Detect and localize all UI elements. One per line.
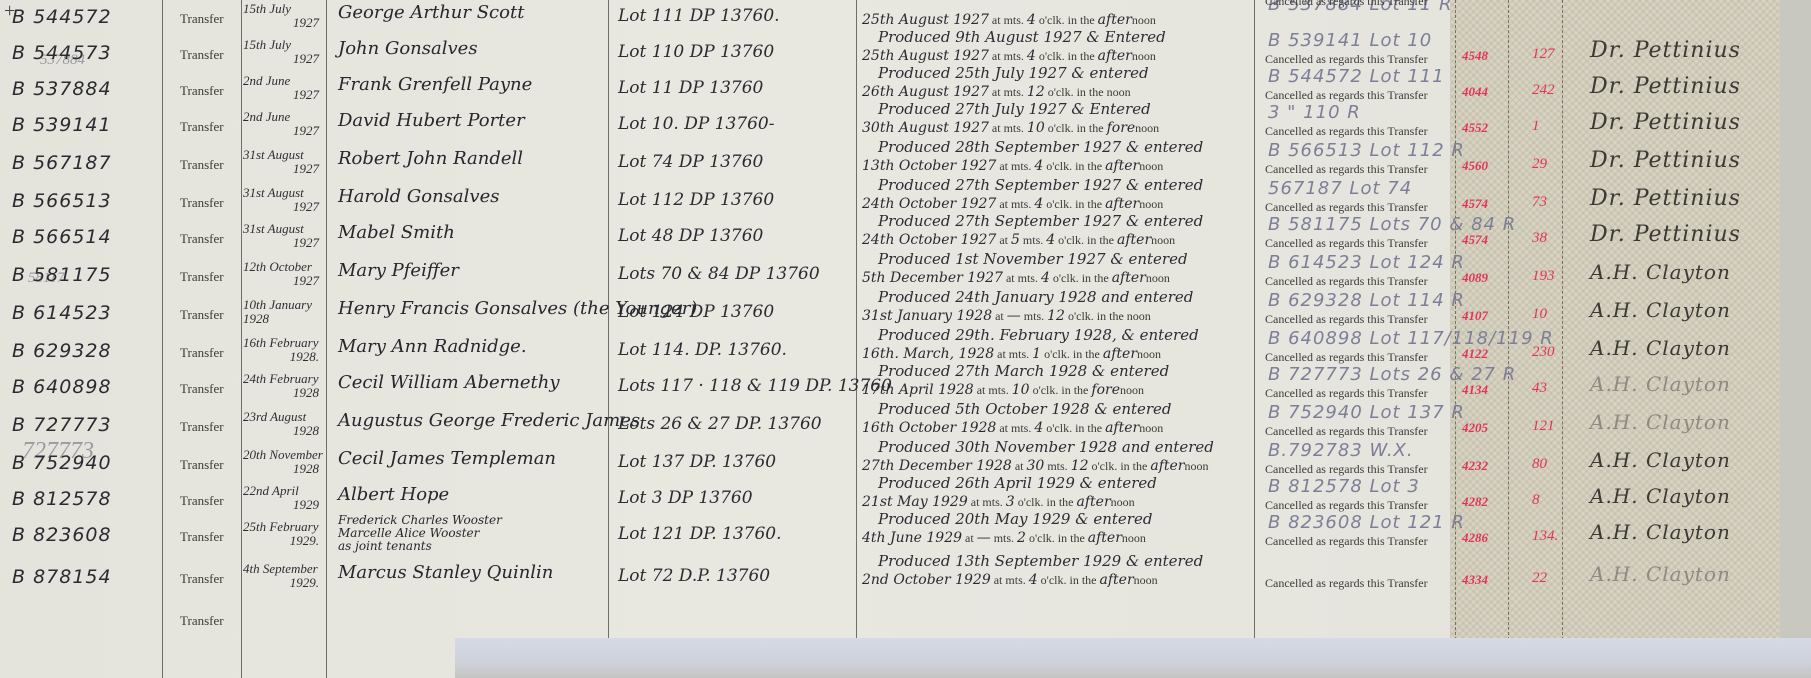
produced-note: Produced 28th September 1927 & entered — [878, 138, 1203, 156]
cancelled-label: Cancelled as regards this Transfer — [1265, 274, 1428, 289]
cancellation-pencil-note: B 823608 Lot 121 R — [1268, 512, 1465, 533]
cancelled-label: Cancelled as regards this Transfer — [1265, 200, 1428, 215]
registration-time: 25th August 1927 at mts. 4 o'clk. in the… — [862, 12, 1242, 28]
instrument-type: Transfer — [180, 613, 224, 629]
cancellation-pencil-note: B 614523 Lot 124 R — [1268, 252, 1465, 273]
instrument-type: Transfer — [180, 493, 224, 509]
lot-description: Lot 112 DP 13760 — [618, 190, 774, 210]
registration-time: 5th December 1927 at mts. 4 o'clk. in th… — [862, 270, 1242, 286]
instrument-date: 12th October1927 — [243, 260, 325, 288]
cancelled-label: Cancelled as regards this Transfer — [1265, 386, 1428, 401]
produced-note: Produced 27th September 1927 & entered — [878, 176, 1203, 194]
red-folio-number: 4089 — [1462, 270, 1488, 286]
certificate-number: B 539141 — [12, 114, 112, 136]
registration-time: 25th August 1927 at mts. 4 o'clk. in the… — [862, 48, 1242, 64]
red-folio-number: 4205 — [1462, 420, 1488, 436]
registrar-signature: A.H. Clayton — [1590, 562, 1731, 586]
lot-description: Lot 48 DP 13760 — [618, 226, 763, 246]
certificate-number: B 614523 — [12, 302, 112, 324]
instrument-date: 24th February1928 — [243, 372, 325, 400]
instrument-type: Transfer — [180, 529, 224, 545]
certificate-number: B 537884 — [12, 78, 112, 100]
transferee-name: Mary Pfeiffer — [338, 262, 459, 280]
red-folio-number: 4232 — [1462, 458, 1488, 474]
red-folio-number: 4552 — [1462, 120, 1488, 136]
certificate-number: B 812578 — [12, 488, 112, 510]
produced-note: Produced 27th September 1927 & entered — [878, 212, 1203, 230]
certificate-number: B 567187 — [12, 152, 112, 174]
instrument-type: Transfer — [180, 231, 224, 247]
instrument-date: 4th September1929. — [243, 562, 325, 590]
red-entry-number: 127 — [1532, 46, 1555, 63]
red-entry-number: 8 — [1532, 492, 1540, 509]
red-entry-number: 38 — [1532, 230, 1547, 247]
registrar-signature: Dr. Pettinius — [1590, 110, 1741, 135]
cancelled-label: Cancelled as regards this Transfer — [1265, 534, 1428, 549]
registration-time: 21st May 1929 at mts. 3 o'clk. in the af… — [862, 494, 1242, 510]
red-folio-number: 4134 — [1462, 382, 1488, 398]
red-entry-number: 1 — [1532, 118, 1540, 135]
registrar-signature: Dr. Pettinius — [1590, 148, 1741, 173]
produced-note: Produced 24th January 1928 and entered — [878, 288, 1193, 306]
register-entry: B 823608 Transfer 25th February1929. Fre… — [0, 518, 1811, 554]
instrument-date: 31st August1927 — [243, 148, 325, 176]
registrar-signature: A.H. Clayton — [1590, 484, 1731, 508]
cancelled-label: Cancelled as regards this Transfer — [1265, 350, 1428, 365]
cancelled-label: Cancelled as regards this Transfer — [1265, 576, 1428, 591]
registrar-signature: Dr. Pettinius — [1590, 74, 1741, 99]
registration-time: 2nd October 1929 at mts. 4 o'clk. in the… — [862, 572, 1242, 588]
produced-note: Produced 9th August 1927 & Entered — [878, 28, 1166, 46]
produced-note: Produced 29th. February 1928, & entered — [878, 326, 1199, 344]
instrument-date: 2nd June1927 — [243, 110, 325, 138]
lot-description: Lot 114. DP. 13760. — [618, 340, 787, 360]
cancellation-pencil-note: B 640898 Lot 117/118/119 R — [1268, 328, 1554, 349]
registration-time: 17th April 1928 at mts. 10 o'clk. in the… — [862, 382, 1242, 398]
register-entry: B 878154 Transfer 4th September1929. Mar… — [0, 560, 1811, 596]
cancellation-pencil-note: B 544572 Lot 111 — [1268, 66, 1445, 87]
produced-note: Produced 1st November 1927 & entered — [878, 250, 1188, 268]
cancelled-label: Cancelled as regards this Transfer — [1265, 162, 1428, 177]
registrar-signature: Dr. Pettinius — [1590, 38, 1741, 63]
red-folio-number: 4334 — [1462, 572, 1488, 588]
red-folio-number: 4286 — [1462, 530, 1488, 546]
lot-description: Lot 110 DP 13760 — [618, 42, 774, 62]
red-entry-number: 80 — [1532, 456, 1547, 473]
red-entry-number: 10 — [1532, 306, 1547, 323]
transferee-name: Frederick Charles Wooster Marcelle Alice… — [338, 514, 502, 553]
red-entry-number: 193 — [1532, 268, 1555, 285]
transferee-name: Frank Grenfell Payne — [338, 76, 532, 94]
produced-note: Produced 13th September 1929 & entered — [878, 552, 1203, 570]
red-entry-number: 43 — [1532, 380, 1547, 397]
lot-description: Lot 3 DP 13760 — [618, 488, 753, 508]
certificate-number: B 640898 — [12, 376, 112, 398]
transferee-name: Harold Gonsalves — [338, 188, 499, 206]
registrar-signature: A.H. Clayton — [1590, 260, 1731, 284]
registrar-signature: A.H. Clayton — [1590, 410, 1731, 434]
registration-time: 24th October 1927 at 5 mts. 4 o'clk. in … — [862, 232, 1242, 248]
instrument-date: 10th January 1928 — [243, 298, 325, 326]
registration-time: 26th August 1927 at mts. 12 o'clk. in th… — [862, 84, 1242, 100]
cancellation-pencil-note: B.792783 W.X. — [1268, 440, 1414, 461]
red-entry-number: 22 — [1532, 570, 1547, 587]
transferee-name: Robert John Randell — [338, 150, 523, 168]
transferee-name: Mary Ann Radnidge. — [338, 338, 527, 356]
registrar-signature: A.H. Clayton — [1590, 298, 1731, 322]
instrument-date: 25th February1929. — [243, 520, 325, 548]
red-folio-number: 4122 — [1462, 346, 1488, 362]
red-folio-number: 4560 — [1462, 158, 1488, 174]
cancellation-pencil-note: B 566513 Lot 112 R — [1268, 140, 1465, 161]
instrument-date: 20th November1928 — [243, 448, 325, 476]
instrument-date: 2nd June1927 — [243, 74, 325, 102]
registration-time: 30th August 1927 at mts. 10 o'clk. in th… — [862, 120, 1242, 136]
red-folio-number: 4044 — [1462, 84, 1488, 100]
instrument-type: Transfer — [180, 571, 224, 587]
lot-description: Lot 121 DP. 13760. — [618, 524, 782, 544]
instrument-type: Transfer — [180, 345, 224, 361]
certificate-number: B 566513 — [12, 190, 112, 212]
instrument-type: Transfer — [180, 381, 224, 397]
transferee-name: Mabel Smith — [338, 224, 455, 242]
red-folio-number: 4574 — [1462, 196, 1488, 212]
instrument-date: 22nd April1929 — [243, 484, 325, 512]
cancelled-label: Cancelled as regards this Transfer — [1265, 462, 1428, 477]
registration-time: 24th October 1927 at mts. 4 o'clk. in th… — [862, 196, 1242, 212]
instrument-date: 31st August1927 — [243, 186, 325, 214]
registrar-signature: A.H. Clayton — [1590, 372, 1731, 396]
registrar-signature: A.H. Clayton — [1590, 448, 1731, 472]
certificate-number: B 752940 — [12, 452, 112, 474]
instrument-type: Transfer — [180, 47, 224, 63]
transferee-name: Cecil James Templeman — [338, 450, 556, 468]
instrument-type: Transfer — [180, 83, 224, 99]
lot-description: Lot 111 DP 13760. — [618, 6, 780, 26]
instrument-date: 23rd August1928 — [243, 410, 325, 438]
cancelled-label: Cancelled as regards this Transfer — [1265, 88, 1428, 103]
transferee-name: John Gonsalves — [338, 40, 478, 58]
registration-time: 27th December 1928 at 30 mts. 12 o'clk. … — [862, 458, 1242, 474]
instrument-type: Transfer — [180, 307, 224, 323]
register-entry: Transfer at mts. o'clk. in the noon Canc… — [0, 602, 1811, 638]
lot-description: Lot 74 DP 13760 — [618, 152, 763, 172]
lot-description: Lot 72 D.P. 13760 — [618, 566, 770, 586]
transferee-name: Marcus Stanley Quinlin — [338, 564, 553, 582]
certificate-number: B 727773 — [12, 414, 112, 436]
scan-overlay-strip — [455, 638, 1811, 678]
lot-description: Lots 26 & 27 DP. 13760 — [618, 414, 822, 434]
produced-note: Produced 30th November 1928 and entered — [878, 438, 1214, 456]
lot-description: Lot 137 DP. 13760 — [618, 452, 776, 472]
produced-note: Produced 26th April 1929 & entered — [878, 474, 1157, 492]
red-entry-number: 242 — [1532, 82, 1555, 99]
instrument-date: 15th July1927 — [243, 2, 325, 30]
registrar-signature: A.H. Clayton — [1590, 520, 1731, 544]
registration-time: 31st January 1928 at — mts. 12 o'clk. in… — [862, 308, 1242, 324]
cancellation-pencil-note: B 539141 Lot 10 — [1268, 30, 1432, 51]
registration-time: 16th October 1928 at mts. 4 o'clk. in th… — [862, 420, 1242, 436]
cancellation-pencil-note: 3 " 110 R — [1268, 102, 1361, 123]
red-folio-number: 4548 — [1462, 48, 1488, 64]
instrument-type: Transfer — [180, 457, 224, 473]
registration-time: 4th June 1929 at — mts. 2 o'clk. in the … — [862, 530, 1242, 546]
registration-time: 13th October 1927 at mts. 4 o'clk. in th… — [862, 158, 1242, 174]
red-entry-number: 73 — [1532, 194, 1547, 211]
instrument-date: 16th February1928. — [243, 336, 325, 364]
certificate-number: B 629328 — [12, 340, 112, 362]
registrar-signature: A.H. Clayton — [1590, 336, 1731, 360]
certificate-number: B 581175 — [12, 264, 112, 286]
cancellation-pencil-note: B 752940 Lot 137 R — [1268, 402, 1465, 423]
cancelled-label: Cancelled as regards this Transfer — [1265, 312, 1428, 327]
lot-description: Lot 10. DP 13760- — [618, 114, 775, 134]
instrument-type: Transfer — [180, 11, 224, 27]
registrar-signature: Dr. Pettinius — [1590, 222, 1741, 247]
certificate-number: B 544573 — [12, 42, 112, 64]
produced-note: Produced 25th July 1927 & entered — [878, 64, 1149, 82]
instrument-type: Transfer — [180, 119, 224, 135]
red-folio-number: 4574 — [1462, 232, 1488, 248]
lot-description: Lots 117 · 118 & 119 DP. 13760 — [618, 376, 892, 396]
registrar-signature: Dr. Pettinius — [1590, 186, 1741, 211]
red-entry-number: 29 — [1532, 156, 1547, 173]
red-entry-number: 134. — [1532, 528, 1558, 545]
produced-note: Produced 20th May 1929 & entered — [878, 510, 1152, 528]
instrument-date: 31st August1927 — [243, 222, 325, 250]
cancelled-label: Cancelled as regards this Transfer — [1265, 236, 1428, 251]
certificate-number: B 566514 — [12, 226, 112, 248]
cancelled-label: Cancelled as regards this Transfer — [1265, 124, 1428, 139]
produced-note: Produced 5th October 1928 & entered — [878, 400, 1172, 418]
red-folio-number: 4107 — [1462, 308, 1488, 324]
transferee-name: Augustus George Frederic James — [338, 412, 640, 430]
red-entry-number: 121 — [1532, 418, 1555, 435]
red-folio-number: 4282 — [1462, 494, 1488, 510]
instrument-type: Transfer — [180, 269, 224, 285]
transferee-name: Cecil William Abernethy — [338, 374, 560, 392]
instrument-type: Transfer — [180, 419, 224, 435]
cancellation-pencil-note: B 629328 Lot 114 R — [1268, 290, 1465, 311]
produced-note: Produced 27th March 1928 & entered — [878, 362, 1169, 380]
instrument-type: Transfer — [180, 157, 224, 173]
transferee-name: David Hubert Porter — [338, 112, 525, 130]
cancelled-label: Cancelled as regards this Transfer — [1265, 424, 1428, 439]
red-entry-number: 230 — [1532, 344, 1555, 361]
lot-description: Lot 124 DP 13760 — [618, 302, 774, 322]
cancelled-label: Cancelled as regards this Transfer — [1265, 52, 1428, 67]
certificate-number: B 544572 — [12, 6, 112, 28]
cancelled-label: Cancelled as regards this Transfer — [1265, 0, 1428, 9]
lot-description: Lot 11 DP 13760 — [618, 78, 763, 98]
transferee-name: Albert Hope — [338, 486, 449, 504]
instrument-date: 15th July1927 — [243, 38, 325, 66]
cancellation-pencil-note: 567187 Lot 74 — [1268, 178, 1412, 199]
cancellation-pencil-note: B 812578 Lot 3 — [1268, 476, 1420, 497]
certificate-number: B 878154 — [12, 566, 112, 588]
registration-time: 16th. March, 1928 at mts. 1 o'clk. in th… — [862, 346, 1242, 362]
transferee-name: George Arthur Scott — [338, 4, 524, 22]
cancelled-label: Cancelled as regards this Transfer — [1265, 498, 1428, 513]
produced-note: Produced 27th July 1927 & Entered — [878, 100, 1151, 118]
instrument-type: Transfer — [180, 195, 224, 211]
lot-description: Lots 70 & 84 DP 13760 — [618, 264, 820, 284]
certificate-number: B 823608 — [12, 524, 112, 546]
